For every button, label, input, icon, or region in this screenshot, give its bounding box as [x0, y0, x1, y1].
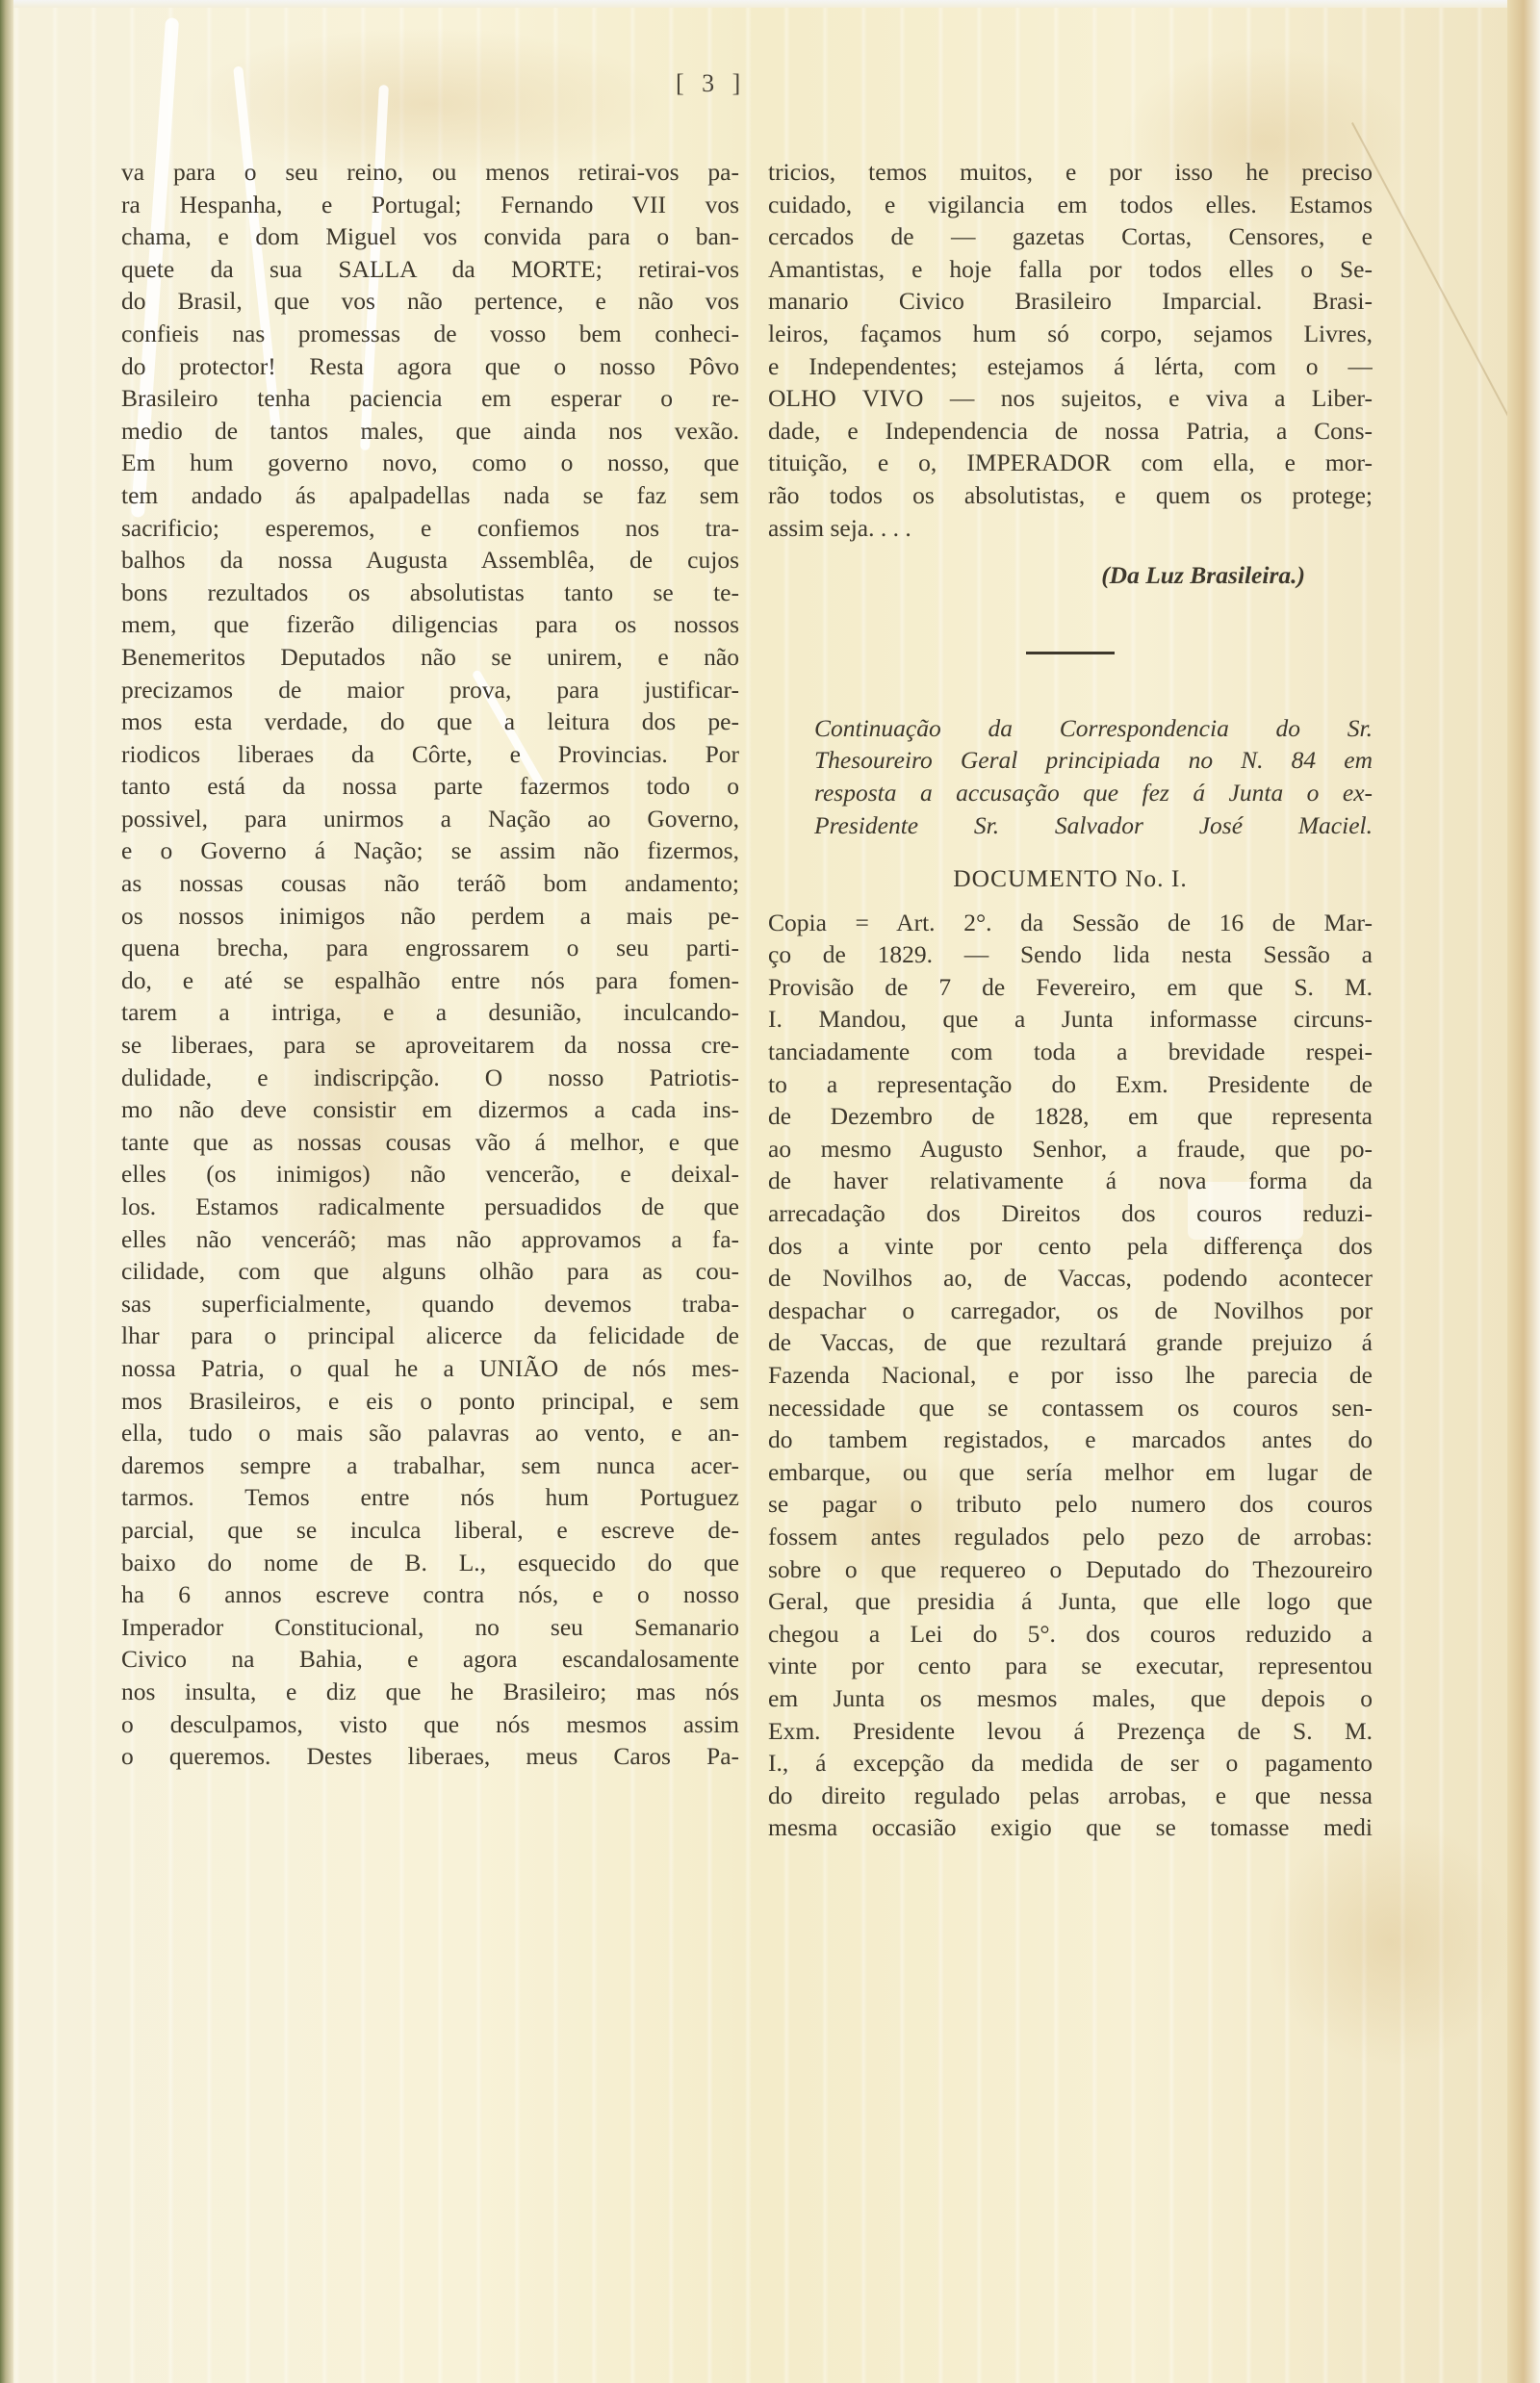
text-line: dade, e Independencia de nossa Patria, a…	[768, 415, 1373, 448]
text-line: manario Civico Brasileiro Imparcial. Bra…	[768, 285, 1373, 318]
text-line: sobre o que requereo o Deputado do Thezo…	[768, 1553, 1373, 1586]
left-column: va para o seu reino, ou menos retirai-vo…	[121, 156, 739, 1773]
text-line: Copia = Art. 2°. da Sessão de 16 de Mar-	[768, 907, 1373, 939]
text-line: OLHO VIVO — nos sujeitos, e viva a Liber…	[768, 382, 1373, 415]
text-line: mos Brasileiros, e eis o ponto principal…	[121, 1385, 739, 1418]
text-line: sas superficialmente, quando devemos tra…	[121, 1288, 739, 1320]
text-line: elles (os inimigos) não vencerão, e deix…	[121, 1158, 739, 1191]
text-line: do tambem registados, e marcados antes d…	[768, 1423, 1373, 1456]
text-line: riodicos liberaes da Côrte, e Provincias…	[121, 738, 739, 771]
text-line: ha 6 annos escreve contra nós, e o nosso	[121, 1578, 739, 1611]
text-line: do, e até se espalhão entre nós para fom…	[121, 964, 739, 997]
text-line: Amantistas, e hoje falla por todos elles…	[768, 253, 1373, 286]
text-line: Civico na Bahia, e agora escandalosament…	[121, 1643, 739, 1676]
text-line: arrecadação dos Direitos dos couros redu…	[768, 1197, 1373, 1230]
article-ending: tricios, temos muitos, e por isso he pre…	[768, 156, 1373, 544]
text-line: baixo do nome de B. L., esquecido do que	[121, 1547, 739, 1579]
text-line: as nossas cousas não teráõ bom andamento…	[121, 867, 739, 900]
text-line: despachar o carregador, os de Novilhos p…	[768, 1294, 1373, 1327]
text-line: confieis nas promessas de vosso bem conh…	[121, 318, 739, 350]
text-line: sacrificio; esperemos, e confiemos nos t…	[121, 512, 739, 545]
section-divider	[1026, 652, 1115, 654]
text-line: Continuação da Correspondencia do Sr.	[768, 712, 1373, 745]
water-stain	[1265, 1817, 1515, 2067]
text-line: elles não venceráõ; mas não approvamos a…	[121, 1223, 739, 1256]
text-line: nos insulta, e diz que he Brasileiro; ma…	[121, 1676, 739, 1708]
text-line: ella, tudo o mais são palavras ao vento,…	[121, 1417, 739, 1449]
text-line: e Independentes; estejamos á lérta, com …	[768, 350, 1373, 383]
text-line: tanto está da nossa parte fazermos todo …	[121, 770, 739, 803]
text-line: dulidade, e indiscripção. O nosso Patrio…	[121, 1062, 739, 1094]
correspondence-heading: Continuação da Correspondencia do Sr.The…	[768, 712, 1373, 841]
text-line: mo não deve consistir em dizermos a cada…	[121, 1093, 739, 1126]
text-line: cercados de — gazetas Cortas, Censores, …	[768, 220, 1373, 253]
text-line: tarem a intriga, e a desunião, inculcand…	[121, 996, 739, 1029]
text-line: Fazenda Nacional, e por isso lhe parecia…	[768, 1359, 1373, 1392]
text-line: os nossos inimigos não perdem a mais pe-	[121, 900, 739, 933]
text-line: los. Estamos radicalmente persuadidos de…	[121, 1191, 739, 1223]
text-line: resposta a accusação que fez á Junta o e…	[768, 777, 1373, 809]
text-line: tituição, e o, IMPERADOR com ella, e mor…	[768, 447, 1373, 479]
text-line: lhar para o principal alicerce da felici…	[121, 1320, 739, 1352]
text-line: do direito regulado pelas arrobas, e que…	[768, 1780, 1373, 1812]
scan-left-edge	[0, 0, 13, 2383]
text-line: balhos da nossa Augusta Assemblêa, de cu…	[121, 544, 739, 577]
text-line: I. Mandou, que a Junta informasse circun…	[768, 1003, 1373, 1036]
text-line: Benemeritos Deputados não se unirem, e n…	[121, 641, 739, 674]
text-line: ço de 1829. — Sendo lida nesta Sessão a	[768, 938, 1373, 971]
text-line: Thesoureiro Geral principiada no N. 84 e…	[768, 744, 1373, 777]
text-line: tricios, temos muitos, e por isso he pre…	[768, 156, 1373, 189]
text-line: mem, que fizerão diligencias para os nos…	[121, 608, 739, 641]
text-line: de Novilhos ao, de Vaccas, podendo acont…	[768, 1262, 1373, 1294]
text-line: de haver relativamente á nova forma da	[768, 1165, 1373, 1197]
text-line: Presidente Sr. Salvador José Maciel.	[768, 809, 1373, 842]
text-line: se pagar o tributo pelo numero dos couro…	[768, 1488, 1373, 1521]
text-line: o queremos. Destes liberaes, meus Caros …	[121, 1740, 739, 1773]
text-line: I., á excepção da medida de ser o pagame…	[768, 1747, 1373, 1780]
text-line: possivel, para unirmos a Nação ao Govern…	[121, 803, 739, 835]
text-line: mos esta verdade, do que a leitura dos p…	[121, 705, 739, 738]
text-line: medio de tantos males, que ainda nos vex…	[121, 415, 739, 448]
text-line: chegou a Lei do 5°. dos couros reduzido …	[768, 1618, 1373, 1651]
text-line: necessidade que se contassem os couros s…	[768, 1392, 1373, 1424]
text-line: Exm. Presidente levou á Prezença de S. M…	[768, 1715, 1373, 1748]
text-line: de Vaccas, de que rezultará grande preju…	[768, 1326, 1373, 1359]
text-line: embarque, ou que sería melhor em lugar d…	[768, 1456, 1373, 1489]
right-column: tricios, temos muitos, e por isso he pre…	[768, 156, 1373, 1844]
text-line: parcial, que se inculca liberal, e escre…	[121, 1514, 739, 1547]
text-line: ra Hespanha, e Portugal; Fernando VII vo…	[121, 189, 739, 221]
text-line: em Junta os mesmos males, que depois o	[768, 1682, 1373, 1715]
text-line: o desculpamos, visto que nós mesmos assi…	[121, 1708, 739, 1741]
text-line: tante que as nossas cousas vão á melhor,…	[121, 1126, 739, 1159]
text-line: mesma occasião exigio que se tomasse med…	[768, 1811, 1373, 1844]
text-line: tem andado ás apalpadellas nada se faz s…	[121, 479, 739, 512]
page-right-edge	[1507, 0, 1540, 2383]
text-line: fossem antes regulados pelo pezo de arro…	[768, 1521, 1373, 1553]
text-line: Em hum governo novo, como o nosso, que	[121, 447, 739, 479]
text-line: quete da sua SALLA da MORTE; retirai-vos	[121, 253, 739, 286]
text-line: Provisão de 7 de Fevereiro, em que S. M.	[768, 971, 1373, 1004]
text-line: do protector! Resta agora que o nosso Pô…	[121, 350, 739, 383]
text-line: Geral, que presidia á Junta, que elle lo…	[768, 1585, 1373, 1618]
text-line: se liberaes, para se aproveitarem da nos…	[121, 1029, 739, 1062]
text-line: cuidado, e vigilancia em todos elles. Es…	[768, 189, 1373, 221]
text-line: e o Governo á Nação; se assim não fizerm…	[121, 834, 739, 867]
text-line: dos a vinte por cento pela differença do…	[768, 1230, 1373, 1263]
source-attribution: (Da Luz Brasileira.)	[768, 559, 1373, 592]
text-line: tarmos. Temos entre nós hum Portuguez	[121, 1481, 739, 1514]
text-line: bons rezultados os absolutistas tanto se…	[121, 577, 739, 609]
text-line: nossa Patria, o qual he a UNIÃO de nós m…	[121, 1352, 739, 1385]
text-line: do Brasil, que vos não pertence, e não v…	[121, 285, 739, 318]
text-line: va para o seu reino, ou menos retirai-vo…	[121, 156, 739, 189]
text-line: assim seja. . . .	[768, 512, 1373, 545]
text-line: leiros, façamos hum só corpo, sejamos Li…	[768, 318, 1373, 350]
page-number: [ 3 ]	[676, 69, 746, 98]
text-line: to a representação do Exm. Presidente de	[768, 1068, 1373, 1101]
text-line: de Dezembro de 1828, em que representa	[768, 1100, 1373, 1133]
text-line: precizamos de maior prova, para justific…	[121, 674, 739, 706]
text-line: Imperador Constitucional, no seu Semanar…	[121, 1611, 739, 1644]
text-line: daremos sempre a trabalhar, sem nunca ac…	[121, 1449, 739, 1482]
document-title: DOCUMENTO No. I.	[768, 862, 1373, 895]
text-line: quena brecha, para engrossarem o seu par…	[121, 932, 739, 964]
text-line: chama, e dom Miguel vos convida para o b…	[121, 220, 739, 253]
document-body: Copia = Art. 2°. da Sessão de 16 de Mar-…	[768, 907, 1373, 1844]
text-line: ao mesmo Augusto Senhor, a fraude, que p…	[768, 1133, 1373, 1166]
text-line: vinte por cento para se executar, repres…	[768, 1650, 1373, 1682]
text-line: rão todos os absolutistas, e quem os pro…	[768, 479, 1373, 512]
text-line: Brasileiro tenha paciencia em esperar o …	[121, 382, 739, 415]
text-line: cilidade, com que alguns olhão para as c…	[121, 1255, 739, 1288]
text-line: tanciadamente com toda a brevidade respe…	[768, 1036, 1373, 1068]
